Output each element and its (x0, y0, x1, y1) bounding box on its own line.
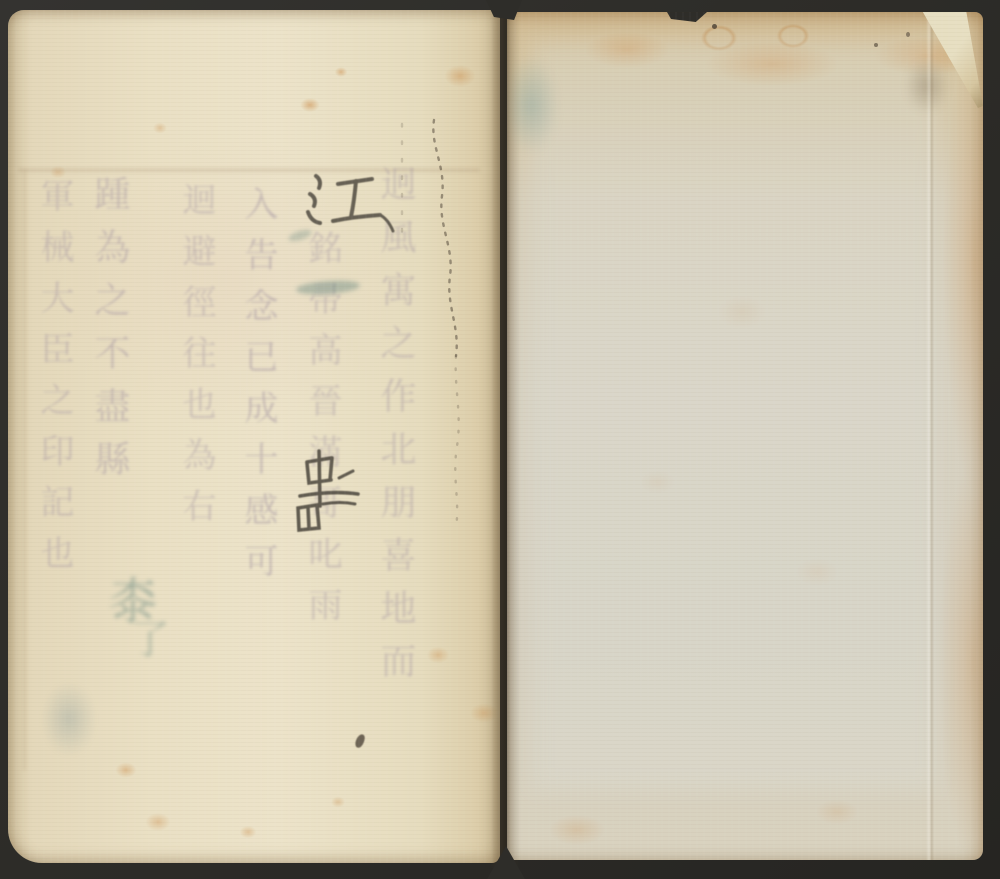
right-page (507, 12, 983, 860)
pencil-annotation-chong (287, 446, 367, 538)
ink-speck (712, 24, 717, 29)
left-page: 迥風寓之作北朋喜地而 銘帚高晉滿哥叱雨 入告念已成十感可 迴避徑往也為右 踵為之… (8, 10, 500, 863)
ink-fleck (354, 733, 366, 749)
ghost-text-column: 軍械大臣之印記也 (30, 178, 79, 586)
vertical-crease (926, 12, 934, 860)
teal-bleedthrough-mark: 桼 (108, 562, 158, 634)
ghost-text-column: 入告念已成十感可 (234, 186, 283, 594)
ink-speck (906, 32, 910, 37)
blue-green-stain (507, 56, 559, 154)
bleedthrough-frame-line-vertical (23, 170, 26, 770)
pencil-annotation-jiang (300, 168, 404, 244)
teal-ink-smear (296, 279, 361, 296)
ghost-text-column: 踵為之不盡縣 (84, 175, 135, 493)
blue-smudge (42, 682, 96, 756)
book-scan: 迥風寓之作北朋喜地而 銘帚高晉滿哥叱雨 入告念已成十感可 迴避徑往也為右 踵為之… (0, 0, 1000, 879)
ghost-text-column: 迴避徑往也為右 (172, 182, 221, 539)
ink-speckle-crease-line (396, 108, 480, 548)
teal-bleedthrough-mark: 了 (130, 608, 170, 665)
ink-speck (874, 43, 878, 47)
torn-edge-notch (667, 12, 707, 22)
